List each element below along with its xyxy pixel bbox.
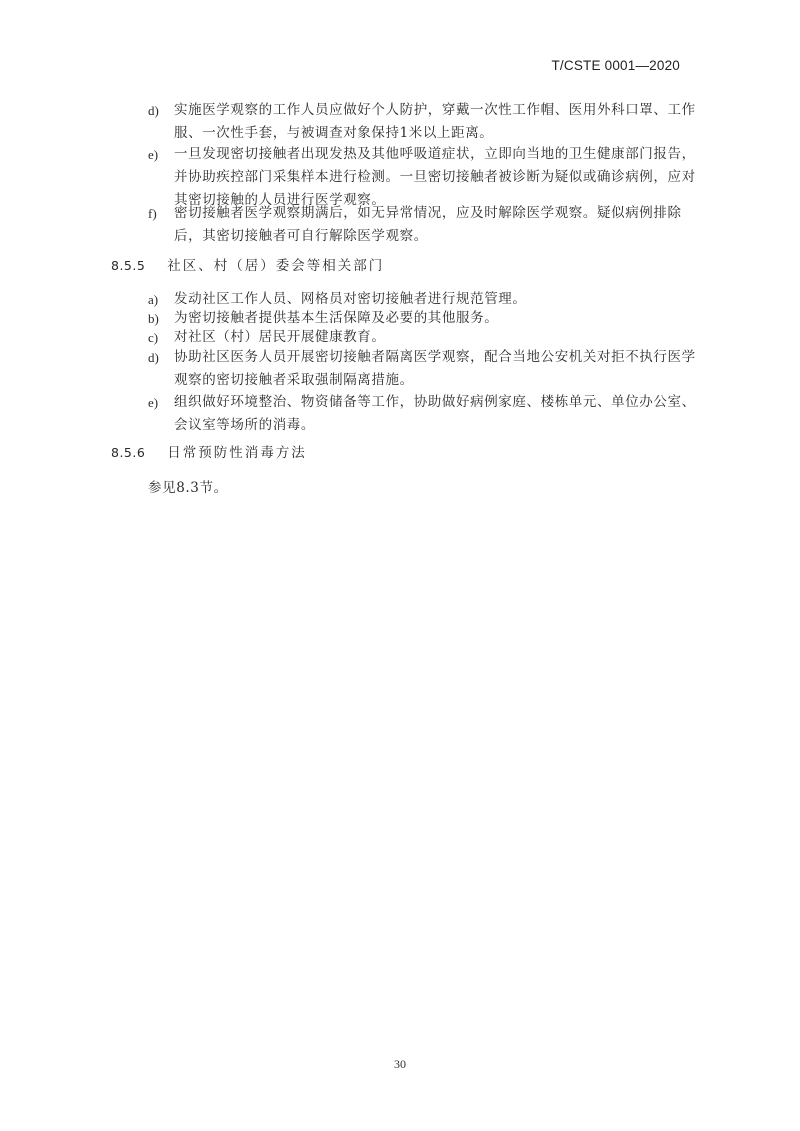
item-label: d) (148, 346, 174, 369)
section-heading-856: 8.5.6 日常预防性消毒方法 (111, 443, 307, 463)
item-label: e) (148, 391, 174, 414)
item-label: e) (148, 143, 174, 166)
section-title: 社区、村（居）委会等相关部门 (167, 258, 384, 274)
item-label: f) (148, 202, 174, 225)
item-text: 实施医学观察的工作人员应做好个人防护，穿戴一次性工作帽、医用外科口罩、工作服、一… (174, 99, 708, 145)
list-item: f) 密切接触者医学观察期满后，如无异常情况，应及时解除医学观察。疑似病例排除后… (148, 202, 708, 248)
item-label: d) (148, 99, 174, 122)
list-item: e) 组织做好环境整治、物资储备等工作，协助做好病例家庭、楼栋单元、单位办公室、… (148, 391, 708, 437)
standard-id: T/CSTE 0001—2020 (551, 58, 680, 73)
item-text: 协助社区医务人员开展密切接触者隔离医学观察，配合当地公安机关对拒不执行医学观察的… (174, 346, 708, 392)
section-heading-855: 8.5.5 社区、村（居）委会等相关部门 (111, 256, 384, 276)
list-item: d) 实施医学观察的工作人员应做好个人防护，穿戴一次性工作帽、医用外科口罩、工作… (148, 99, 708, 145)
section-number: 8.5.5 (111, 256, 163, 276)
list-item: d) 协助社区医务人员开展密切接触者隔离医学观察，配合当地公安机关对拒不执行医学… (148, 346, 708, 392)
item-text: 密切接触者医学观察期满后，如无异常情况，应及时解除医学观察。疑似病例排除后，其密… (174, 202, 708, 248)
section-title: 日常预防性消毒方法 (167, 445, 307, 461)
page-number: 30 (0, 1057, 800, 1072)
section-body: 参见8.3节。 (148, 478, 228, 498)
section-number: 8.5.6 (111, 443, 163, 463)
item-text: 组织做好环境整治、物资储备等工作，协助做好病例家庭、楼栋单元、单位办公室、会议室… (174, 391, 708, 437)
